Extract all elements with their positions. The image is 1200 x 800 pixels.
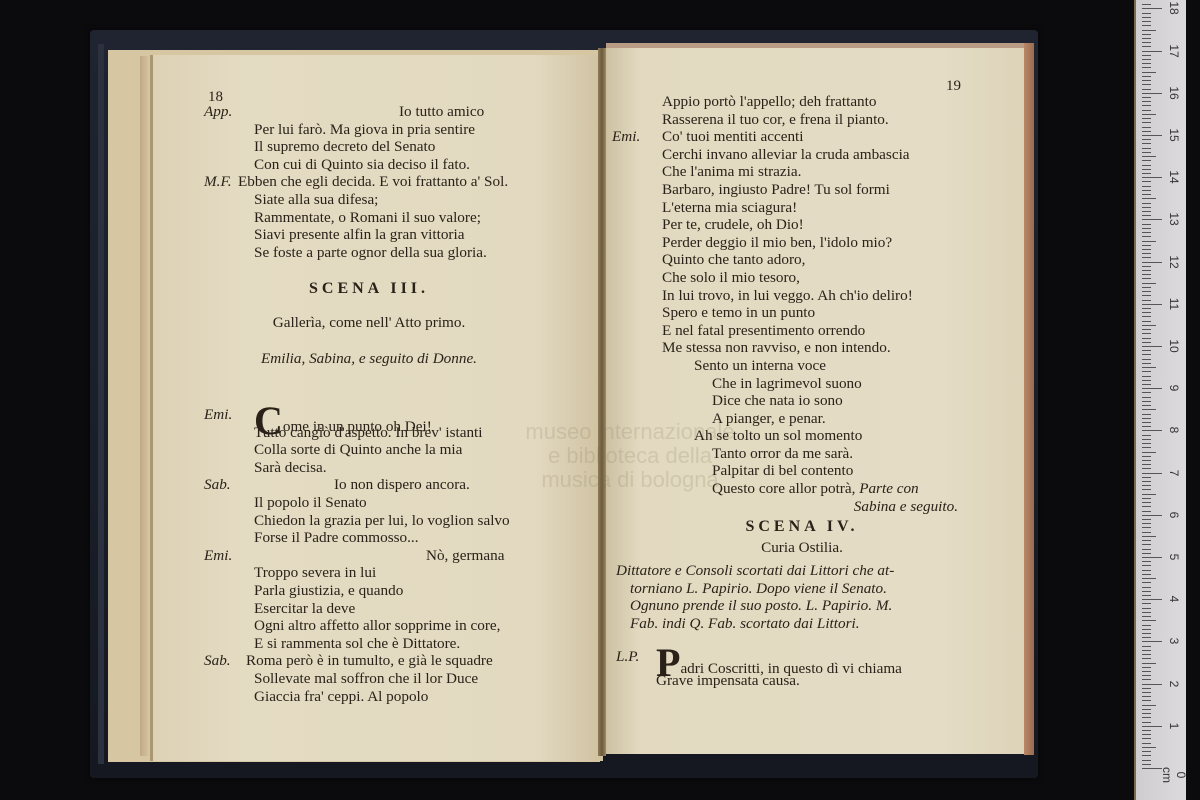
ruler-tick xyxy=(1142,494,1156,495)
ruler-tick xyxy=(1142,397,1151,398)
verse-text: Appio portò l'appello; deh frattanto xyxy=(662,93,876,111)
ruler-tick xyxy=(1142,131,1151,132)
ruler-label: 2 xyxy=(1167,674,1181,694)
ruler-tick xyxy=(1142,679,1151,680)
verse-text: Spero e temo in un punto xyxy=(662,304,815,322)
ruler-tick xyxy=(1142,696,1151,697)
ruler-tick xyxy=(1142,38,1151,39)
ruler-tick xyxy=(1142,553,1151,554)
ruler-tick xyxy=(1142,283,1156,284)
ruler-tick xyxy=(1142,316,1151,317)
ruler-label: 3 xyxy=(1167,631,1181,651)
verse-text: A pianger, e penar. xyxy=(712,410,826,428)
text-line: Dice che nata io sono xyxy=(612,392,992,410)
ruler-label: 16 xyxy=(1167,83,1181,103)
ruler-tick xyxy=(1142,755,1151,756)
ruler-tick xyxy=(1142,80,1151,81)
ruler-tick xyxy=(1142,582,1151,583)
ruler-tick xyxy=(1142,578,1156,579)
ruler-tick xyxy=(1142,506,1151,507)
ruler-tick xyxy=(1142,253,1151,254)
stage-direction-iv: Dittatore e Consoli scortati dai Littori… xyxy=(616,562,986,632)
verse-text: Ebben che egli decida. E voi frattanto a… xyxy=(238,173,508,191)
ruler-tick xyxy=(1142,118,1151,119)
verse-text: Colla sorte di Quinto anche la mia xyxy=(254,441,462,459)
ruler-tick xyxy=(1142,489,1151,490)
ruler-tick xyxy=(1142,76,1151,77)
text-line: Siavi presente alfin la gran vittoria xyxy=(204,226,584,244)
text-line: E nel fatal presentimento orrendo xyxy=(612,322,992,340)
speaker-label: App. xyxy=(204,103,232,121)
text-line: Sarà decisa. xyxy=(204,459,584,477)
ruler-tick xyxy=(1142,156,1156,157)
left-fore-edge xyxy=(140,56,150,756)
ruler-tick xyxy=(1142,46,1151,47)
speaker-label: Sab. xyxy=(204,476,231,494)
stage-direction-line: torniano L. Papirio. Dopo viene il Senat… xyxy=(616,580,986,598)
ruler-tick xyxy=(1142,734,1151,735)
ruler-tick xyxy=(1142,523,1151,524)
ruler-tick xyxy=(1142,422,1151,423)
ruler-tick xyxy=(1142,127,1151,128)
text-line: Forse il Padre commosso... xyxy=(204,529,584,547)
ruler-tick xyxy=(1142,304,1162,305)
verse-text: Forse il Padre commosso... xyxy=(254,529,419,547)
book-gutter xyxy=(598,48,606,756)
ruler-tick xyxy=(1142,177,1162,178)
ruler-tick xyxy=(1142,245,1151,246)
text-line: Palpitar di bel contento xyxy=(612,462,992,480)
ruler-tick xyxy=(1142,266,1151,267)
text-line: Ah se tolto un sol momento xyxy=(612,427,992,445)
ruler-tick xyxy=(1142,190,1151,191)
ruler-tick xyxy=(1142,743,1151,744)
ruler-tick xyxy=(1142,67,1151,68)
text-line: Appio portò l'appello; deh frattanto xyxy=(612,93,992,111)
ruler-tick xyxy=(1142,295,1151,296)
text-line: Rammentate, o Romani il suo valore; xyxy=(204,209,584,227)
ruler-tick xyxy=(1142,203,1151,204)
ruler-tick xyxy=(1142,705,1156,706)
stage-direction: Sabina e seguito. xyxy=(850,498,958,515)
ruler-tick xyxy=(1142,540,1151,541)
text-line: In lui trovo, in lui veggo. Ah ch'io del… xyxy=(612,287,992,305)
ruler-tick xyxy=(1142,312,1151,313)
ruler-tick xyxy=(1142,388,1162,389)
ruler-tick xyxy=(1142,709,1151,710)
ruler-tick xyxy=(1142,473,1162,474)
text-line: Troppo severa in lui xyxy=(204,564,584,582)
ruler-tick xyxy=(1142,684,1162,685)
ruler-label: 12 xyxy=(1167,252,1181,272)
ruler-tick xyxy=(1142,287,1151,288)
speaker-label: Emi. xyxy=(204,547,232,565)
text-line: Sento un interna voce xyxy=(612,357,992,375)
ruler-tick xyxy=(1142,561,1151,562)
verse-text: Io tutto amico xyxy=(399,103,484,121)
ruler-tick xyxy=(1142,595,1151,596)
text-line: Ogni altro affetto allor sopprime in cor… xyxy=(204,617,584,635)
ruler-tick xyxy=(1142,481,1151,482)
text-line: Sab.Io non dispero ancora. xyxy=(204,476,584,494)
ruler-label: 14 xyxy=(1167,167,1181,187)
ruler-tick xyxy=(1142,13,1151,14)
ruler-tick xyxy=(1142,485,1151,486)
ruler-tick xyxy=(1142,249,1151,250)
scene-heading-iv: SCENA IV. xyxy=(612,518,992,536)
ruler-tick xyxy=(1142,346,1162,347)
speaker-label: Emi. xyxy=(612,128,640,146)
ruler-tick xyxy=(1142,418,1151,419)
verse-text: Siate alla sua difesa; xyxy=(254,191,378,209)
verse-text: Sollevate mal soffron che il lor Duce xyxy=(254,670,478,688)
verse-text: Quinto che tanto adoro, xyxy=(662,251,805,269)
verse-text: Ogni altro affetto allor sopprime in cor… xyxy=(254,617,500,635)
ruler-tick xyxy=(1142,21,1151,22)
ruler-label: 11 xyxy=(1167,294,1181,314)
ruler-tick xyxy=(1142,30,1156,31)
ruler-tick xyxy=(1142,620,1156,621)
ruler-tick xyxy=(1142,527,1151,528)
text-line: Parla giustizia, e quando xyxy=(204,582,584,600)
text-line: Me stessa non ravviso, e non intendo. xyxy=(612,339,992,357)
verse-text: Sento un interna voce xyxy=(694,357,826,375)
ruler-tick xyxy=(1142,435,1151,436)
ruler-tick xyxy=(1142,274,1151,275)
ruler-tick xyxy=(1142,603,1151,604)
ruler-tick xyxy=(1142,105,1151,106)
text-line: Il popolo il Senato xyxy=(204,494,584,512)
verse-text: Che l'anima mi strazia. xyxy=(662,163,801,181)
right-page-side-edge xyxy=(1024,43,1034,755)
ruler-label: 0 cm xyxy=(1160,765,1188,785)
verse-text: Barbaro, ingiusto Padre! Tu sol formi xyxy=(662,181,890,199)
verse-text: Per te, crudele, oh Dio! xyxy=(662,216,804,234)
verse-text: Tanto orror da me sarà. xyxy=(712,445,853,463)
ruler-tick xyxy=(1142,359,1151,360)
ruler-tick xyxy=(1142,764,1151,765)
ruler-tick xyxy=(1142,257,1151,258)
text-line: Emi.Co' tuoi mentiti accenti xyxy=(612,128,992,146)
ruler-tick xyxy=(1142,456,1151,457)
speaker-label: L.P. xyxy=(616,648,639,666)
ruler-tick xyxy=(1142,380,1151,381)
ruler-tick xyxy=(1142,726,1162,727)
ruler-tick xyxy=(1142,502,1151,503)
ruler-tick xyxy=(1142,350,1151,351)
ruler-label: 4 xyxy=(1167,589,1181,609)
text-line: Il supremo decreto del Senato xyxy=(204,138,584,156)
ruler-tick xyxy=(1142,460,1151,461)
verse-text: Nò, germana xyxy=(426,547,504,565)
ruler-tick xyxy=(1142,616,1151,617)
ruler-tick xyxy=(1142,338,1151,339)
ruler-tick xyxy=(1142,169,1151,170)
ruler-tick xyxy=(1142,333,1151,334)
ruler-tick xyxy=(1142,291,1151,292)
text-line: Questo core allor potrà, Parte con xyxy=(612,480,992,498)
ruler-label: 8 xyxy=(1167,420,1181,440)
stage-direction-line: Fab. indi Q. Fab. scortato dai Littori. xyxy=(616,615,986,633)
ruler-tick xyxy=(1142,439,1151,440)
stage-direction: Parte con xyxy=(855,480,918,497)
text-line: Tutto cangiò d'aspetto. In brev' istanti xyxy=(204,424,584,442)
verse-text: Palpitar di bel contento xyxy=(712,462,853,480)
ruler-tick xyxy=(1142,186,1151,187)
text-line: Sollevate mal soffron che il lor Duce xyxy=(204,670,584,688)
scene-setting-iv: Curia Ostilia. xyxy=(612,539,992,557)
verse-text: Se foste a parte ognor della sua gloria. xyxy=(254,244,487,262)
ruler-tick xyxy=(1142,625,1151,626)
ruler-label: 9 xyxy=(1167,378,1181,398)
right-final-dialogue: L.P.Padri Coscritti, in questo dì vi chi… xyxy=(616,648,986,690)
verse-text: E si rammenta sol che è Dittatore. xyxy=(254,635,460,653)
verse-text: Dice che nata io sono xyxy=(712,392,843,410)
text-line: Emi.Come in un punto oh Dei! xyxy=(204,406,584,424)
ruler-tick xyxy=(1142,646,1151,647)
ruler-tick xyxy=(1142,591,1151,592)
verse-text: Questo core allor potrà, Parte con xyxy=(712,480,919,498)
verse-text: Chiedon la grazia per lui, lo voglion sa… xyxy=(254,512,510,530)
text-line: Giaccia fra' ceppi. Al popolo xyxy=(204,688,584,706)
ruler-tick xyxy=(1142,464,1151,465)
ruler-tick xyxy=(1142,342,1151,343)
ruler-tick xyxy=(1142,430,1162,431)
ruler-tick xyxy=(1142,544,1151,545)
ruler-tick xyxy=(1142,768,1162,769)
ruler-tick xyxy=(1142,760,1151,761)
ruler-tick xyxy=(1142,384,1151,385)
right-page-text: Appio portò l'appello; deh frattantoRass… xyxy=(612,93,992,515)
ruler-tick xyxy=(1142,219,1162,220)
verse-text: Giaccia fra' ceppi. Al popolo xyxy=(254,688,428,706)
verse-text: Che solo il mio tesoro, xyxy=(662,269,800,287)
ruler-tick xyxy=(1142,262,1162,263)
ruler-tick xyxy=(1142,354,1151,355)
ruler-tick xyxy=(1142,565,1151,566)
text-line: App.Io tutto amico xyxy=(204,103,584,121)
ruler-tick xyxy=(1142,198,1156,199)
verse-text: Esercitar la deve xyxy=(254,600,355,618)
left-page-dialogue: Emi.Come in un punto oh Dei!Tutto cangiò… xyxy=(204,406,584,705)
ruler-tick xyxy=(1142,599,1162,600)
ruler-tick xyxy=(1142,8,1162,9)
verse-text: Sarà decisa. xyxy=(254,459,327,477)
ruler-tick xyxy=(1142,59,1151,60)
ruler-label: 1 xyxy=(1167,716,1181,736)
ruler-tick xyxy=(1142,211,1151,212)
ruler-tick xyxy=(1142,650,1151,651)
text-line: Con cui di Quinto sia deciso il fato. xyxy=(204,156,584,174)
ruler-tick xyxy=(1142,160,1151,161)
ruler-tick xyxy=(1142,667,1151,668)
ruler-tick xyxy=(1142,637,1151,638)
ruler-label: 13 xyxy=(1167,209,1181,229)
ruler-tick xyxy=(1142,194,1151,195)
verse-text: Il popolo il Senato xyxy=(254,494,367,512)
ruler-tick xyxy=(1142,401,1151,402)
text-line: Rasserena il tuo cor, e frena il pianto. xyxy=(612,111,992,129)
stage-direction-line: Ognuno prende il suo posto. L. Papirio. … xyxy=(616,597,986,615)
verse-text: Rammentate, o Romani il suo valore; xyxy=(254,209,481,227)
ruler-tick xyxy=(1142,443,1151,444)
ruler-tick xyxy=(1142,72,1156,73)
ruler-tick xyxy=(1142,143,1151,144)
text-line: E si rammenta sol che è Dittatore. xyxy=(204,635,584,653)
ruler-tick xyxy=(1142,447,1151,448)
ruler-tick xyxy=(1142,515,1162,516)
ruler-tick xyxy=(1142,498,1151,499)
ruler-tick xyxy=(1142,654,1151,655)
scene-setting-iii: Gallerìa, come nell' Atto primo. xyxy=(204,314,534,332)
text-line: M.F.Ebben che egli decida. E voi frattan… xyxy=(204,173,584,191)
ruler-tick xyxy=(1142,224,1151,225)
text-line: Barbaro, ingiusto Padre! Tu sol formi xyxy=(612,181,992,199)
speaker-label: Sab. xyxy=(204,652,231,670)
measuring-ruler: 0 cm123456789101112131415161718 xyxy=(1134,0,1186,800)
text-line: Per lui farò. Ma giova in pria sentire xyxy=(204,121,584,139)
cover-edge xyxy=(98,44,104,764)
verse-text: Che in lagrimevol suono xyxy=(712,375,862,393)
ruler-label: 10 xyxy=(1167,336,1181,356)
text-line: Emi.Nò, germana xyxy=(204,547,584,565)
ruler-tick xyxy=(1142,63,1151,64)
verse-text: Tutto cangiò d'aspetto. In brev' istanti xyxy=(254,424,482,442)
ruler-tick xyxy=(1142,426,1151,427)
ruler-tick xyxy=(1142,207,1151,208)
ruler-tick xyxy=(1142,215,1151,216)
ruler-tick xyxy=(1142,148,1151,149)
verse-text: In lui trovo, in lui veggo. Ah ch'io del… xyxy=(662,287,913,305)
stage-direction-line: Dittatore e Consoli scortati dai Littori… xyxy=(616,562,986,580)
ruler-tick xyxy=(1142,51,1162,52)
ruler-tick xyxy=(1142,371,1151,372)
ruler-tick xyxy=(1142,152,1151,153)
ruler-label: 15 xyxy=(1167,125,1181,145)
ruler-tick xyxy=(1142,532,1151,533)
ruler-tick xyxy=(1142,4,1151,5)
verse-text: Io non dispero ancora. xyxy=(334,476,470,494)
ruler-tick xyxy=(1142,165,1151,166)
ruler-tick xyxy=(1142,84,1151,85)
verse-text: Ah se tolto un sol momento xyxy=(694,427,862,445)
text-line: Esercitar la deve xyxy=(204,600,584,618)
ruler-tick xyxy=(1142,688,1151,689)
text-line: A pianger, e penar. xyxy=(612,410,992,428)
ruler-tick xyxy=(1142,17,1151,18)
verse-text: Cerchi invano alleviar la cruda ambascia xyxy=(662,146,910,164)
ruler-tick xyxy=(1142,612,1151,613)
ruler-tick xyxy=(1142,468,1151,469)
ruler-tick xyxy=(1142,329,1151,330)
speaker-label: M.F. xyxy=(204,173,232,191)
verse-text: Parla giustizia, e quando xyxy=(254,582,403,600)
ruler-tick xyxy=(1142,97,1151,98)
ruler-tick xyxy=(1142,717,1151,718)
text-line: Perder deggio il mio ben, l'idolo mio? xyxy=(612,234,992,252)
ruler-tick xyxy=(1142,367,1156,368)
ruler-tick xyxy=(1142,751,1151,752)
text-line: L'eterna mia sciagura! xyxy=(612,199,992,217)
verse-text: Me stessa non ravviso, e non intendo. xyxy=(662,339,891,357)
left-page-top-text: App.Io tutto amicoPer lui farò. Ma giova… xyxy=(204,103,584,261)
ruler-tick xyxy=(1142,110,1151,111)
ruler-tick xyxy=(1142,34,1151,35)
ruler-tick xyxy=(1142,511,1151,512)
ruler-tick xyxy=(1142,641,1162,642)
ruler-tick xyxy=(1142,300,1151,301)
text-line: Sab.Roma però è in tumulto, e già le squ… xyxy=(204,652,584,670)
ruler-tick xyxy=(1142,55,1151,56)
ruler-tick xyxy=(1142,181,1151,182)
ruler-label: 5 xyxy=(1167,547,1181,567)
ruler-tick xyxy=(1142,658,1151,659)
ruler-tick xyxy=(1142,325,1156,326)
ruler-tick xyxy=(1142,278,1151,279)
ruler-tick xyxy=(1142,574,1151,575)
ruler-tick xyxy=(1142,89,1151,90)
verse-text: Con cui di Quinto sia deciso il fato. xyxy=(254,156,470,174)
ruler-tick xyxy=(1142,405,1151,406)
ruler-tick xyxy=(1142,114,1156,115)
text-line: Che l'anima mi strazia. xyxy=(612,163,992,181)
verse-text: Sabina e seguito. xyxy=(850,498,958,516)
ruler-tick xyxy=(1142,452,1156,453)
ruler-tick xyxy=(1142,671,1151,672)
ruler-tick xyxy=(1142,376,1151,377)
ruler-tick xyxy=(1142,139,1151,140)
verse-text: Perder deggio il mio ben, l'idolo mio? xyxy=(662,234,892,252)
text-line: Tanto orror da me sarà. xyxy=(612,445,992,463)
ruler-tick xyxy=(1142,675,1151,676)
verse-text: Roma però è in tumulto, e già le squadre xyxy=(246,652,493,670)
ruler-tick xyxy=(1142,477,1151,478)
text-line: Quinto che tanto adoro, xyxy=(612,251,992,269)
ruler-tick xyxy=(1142,308,1151,309)
ruler-tick xyxy=(1142,692,1151,693)
verse-text: E nel fatal presentimento orrendo xyxy=(662,322,865,340)
ruler-label: 7 xyxy=(1167,463,1181,483)
ruler-tick xyxy=(1142,633,1151,634)
ruler-tick xyxy=(1142,228,1151,229)
ruler-tick xyxy=(1142,700,1151,701)
verse-text: Grave impensata causa. xyxy=(656,672,800,690)
ruler-tick xyxy=(1142,363,1151,364)
ruler-tick xyxy=(1142,747,1156,748)
verse-text: Rasserena il tuo cor, e frena il pianto. xyxy=(662,111,889,129)
ruler-tick xyxy=(1142,173,1151,174)
ruler-tick xyxy=(1142,236,1151,237)
ruler-tick xyxy=(1142,321,1151,322)
ruler-tick xyxy=(1142,414,1151,415)
ruler-tick xyxy=(1142,101,1151,102)
scene-characters-iii: Emilia, Sabina, e seguito di Donne. xyxy=(204,350,534,368)
ruler-tick xyxy=(1142,270,1151,271)
ruler-tick xyxy=(1142,122,1151,123)
text-line: Per te, crudele, oh Dio! xyxy=(612,216,992,234)
ruler-tick xyxy=(1142,570,1151,571)
verse-text: Co' tuoi mentiti accenti xyxy=(662,128,804,146)
text-line: Cerchi invano alleviar la cruda ambascia xyxy=(612,146,992,164)
verse-text: Troppo severa in lui xyxy=(254,564,376,582)
text-line: Sabina e seguito. xyxy=(612,498,992,516)
text-line: Spero e temo in un punto xyxy=(612,304,992,322)
ruler-tick xyxy=(1142,392,1151,393)
text-line: Che solo il mio tesoro, xyxy=(612,269,992,287)
ruler-label: 6 xyxy=(1167,505,1181,525)
text-line: Grave impensata causa. xyxy=(616,672,986,690)
text-line: Colla sorte di Quinto anche la mia xyxy=(204,441,584,459)
